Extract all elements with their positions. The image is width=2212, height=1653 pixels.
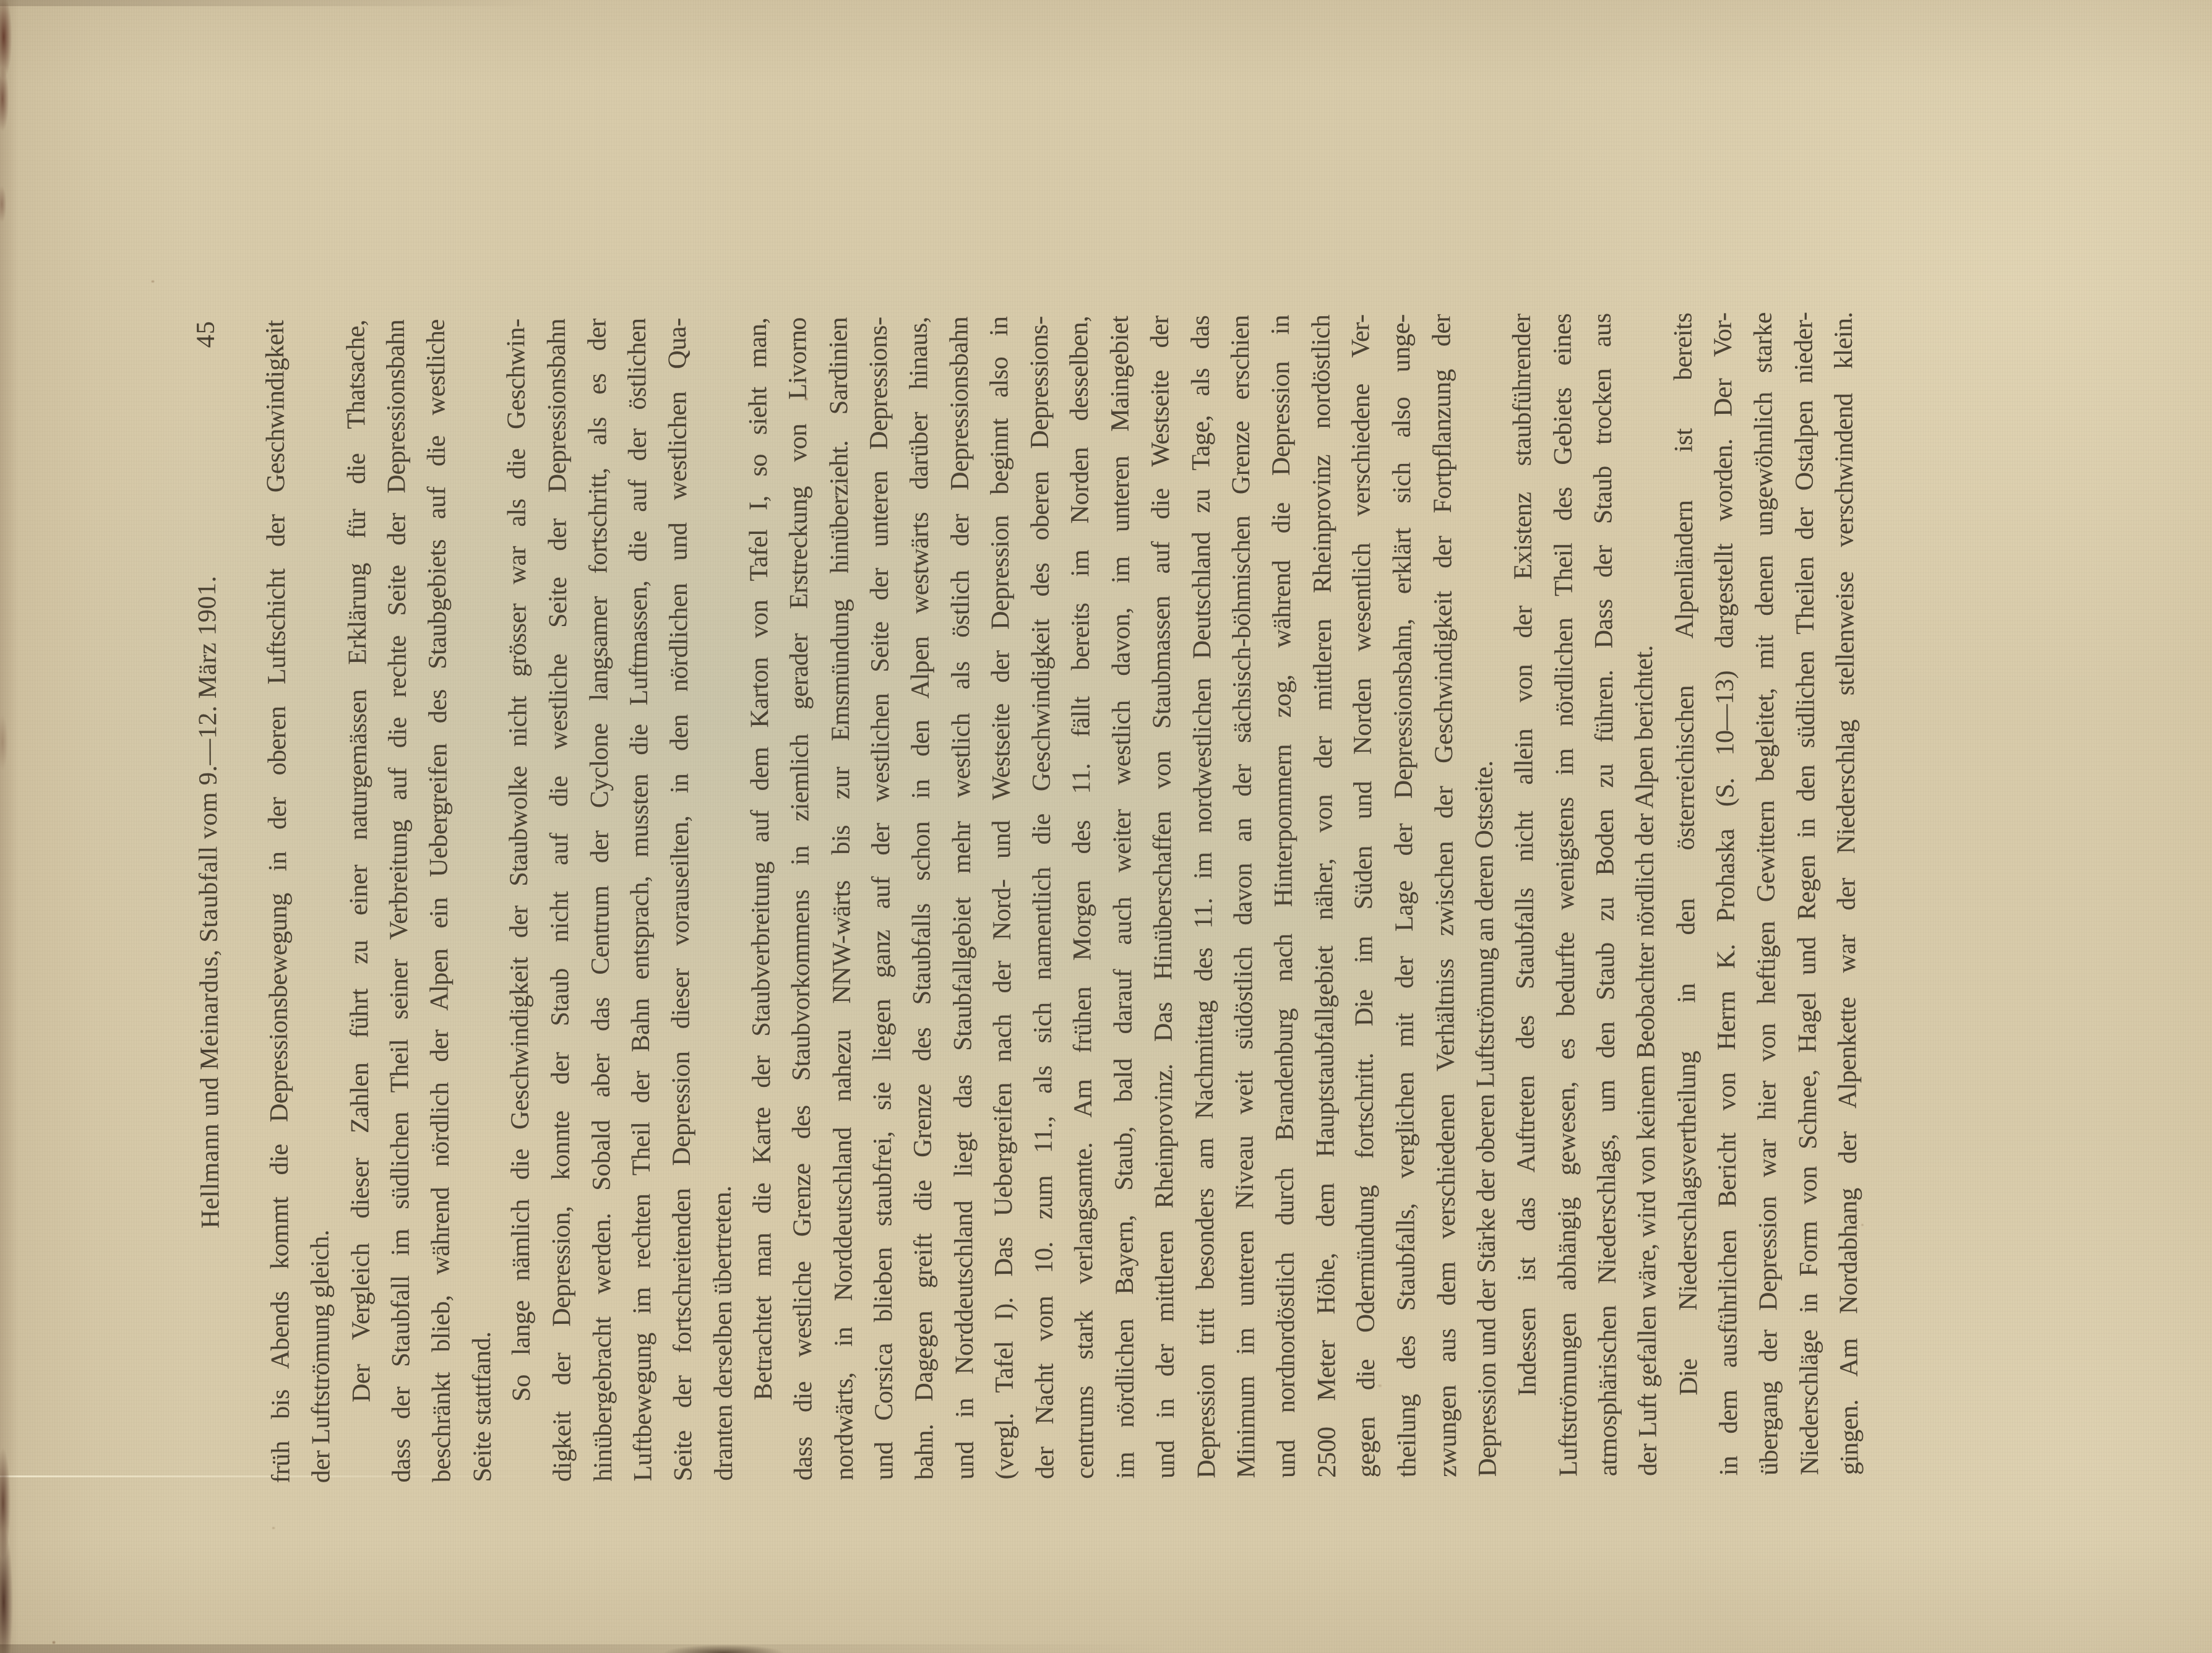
text-line: im nördlichen Bayern, Staub, bald darauf… (1100, 316, 1147, 1479)
text-line: übergang der Depression war hier von hef… (1744, 312, 1790, 1475)
text-line: dass die westliche Grenze des Staubvorko… (778, 317, 824, 1480)
text-line: zwungen aus dem verschiedenen Verhältnis… (1422, 314, 1468, 1477)
text-line: digkeit der Depression, konnte der Staub… (537, 319, 583, 1482)
text-line: Indessen ist das Auftreten des Staubfall… (1502, 314, 1549, 1477)
text-line: So lange nämlich die Geschwindigkeit der… (496, 319, 543, 1482)
running-title: Hellmann und Meinardus, Staubfall vom 9.… (193, 576, 225, 1229)
text-line: gingen. Am Nordabhang der Alpenkette war… (1824, 312, 1870, 1475)
text-line: Die Niederschlagsvertheilung in den öste… (1663, 313, 1710, 1476)
text-line: theilung des Staubfalls, verglichen mit … (1382, 314, 1428, 1477)
text-line: Minimum im unteren Niveau weit südöstlic… (1221, 315, 1267, 1478)
text-line: Luftströmungen abhängig gewesen, es bedu… (1543, 314, 1589, 1477)
text-line: Seite der fortschreitenden Depression di… (658, 318, 704, 1481)
text-line: Niederschläge in Form von Schnee, Hagel … (1784, 312, 1830, 1475)
text-line: Betrachtet man die Karte der Staubverbre… (738, 317, 785, 1480)
text-line: und Corsica blieben staubfrei, sie liege… (859, 317, 905, 1480)
text-line: hinübergebracht werden. Sobald aber das … (577, 319, 624, 1482)
text-line: und in Norddeutschland liegt das Staubfa… (939, 317, 986, 1480)
text-line: nordwärts, in Norddeutschland nahezu NNW… (819, 317, 865, 1480)
text-line: früh bis Abends kommt die Depressionsbew… (256, 320, 302, 1483)
text-line: Luftbewegung im rechten Theil der Bahn e… (618, 318, 664, 1481)
text-line: dranten derselben übertreten. (698, 318, 744, 1481)
text-line: der Nacht vom 10. zum 11., als sich name… (1020, 316, 1066, 1479)
text-line: beschränkt blieb, während nördlich der A… (416, 319, 463, 1482)
page-content-rotated: Hellmann und Meinardus, Staubfall vom 9.… (0, 0, 2212, 1653)
text-block: früh bis Abends kommt die Depressionsbew… (256, 312, 1870, 1483)
page-number: 45 (186, 320, 226, 348)
text-line: atmosphärischen Niederschlags, um den St… (1583, 313, 1629, 1476)
text-line: centrums stark verlangsamte. Am frühen M… (1059, 316, 1106, 1479)
text-line: bahn. Dagegen greift die Grenze des Stau… (899, 317, 945, 1480)
text-line: gegen die Odermündung fortschritt. Die i… (1341, 314, 1387, 1477)
text-line: Depression und der Stärke der oberen Luf… (1462, 314, 1508, 1477)
text-line: und in der mittleren Rheinprovinz. Das H… (1140, 316, 1187, 1479)
text-line: der Luftströmung gleich. (296, 320, 342, 1483)
text-line: Der Vergleich dieser Zahlen führt zu ein… (336, 320, 382, 1483)
text-line: und nordnordöstlich durch Brandenburg na… (1261, 315, 1307, 1478)
text-line: in dem ausführlichen Bericht von Herrn K… (1703, 312, 1750, 1475)
running-header: Hellmann und Meinardus, Staubfall vom 9.… (186, 320, 232, 1483)
text-line: dass der Staubfall im südlichen Theil se… (376, 319, 423, 1482)
scanned-page: Hellmann und Meinardus, Staubfall vom 9.… (0, 0, 2212, 1653)
text-line: Depression tritt besonders am Nachmittag… (1181, 316, 1227, 1479)
text-line: (vergl. Tafel I). Das Uebergreifen nach … (979, 316, 1026, 1479)
text-line: 2500 Meter Höhe, dem Hauptstaubfallgebie… (1301, 315, 1348, 1478)
text-line: Seite stattfand. (457, 319, 503, 1482)
text-line: der Luft gefallen wäre, wird von keinem … (1622, 313, 1669, 1476)
